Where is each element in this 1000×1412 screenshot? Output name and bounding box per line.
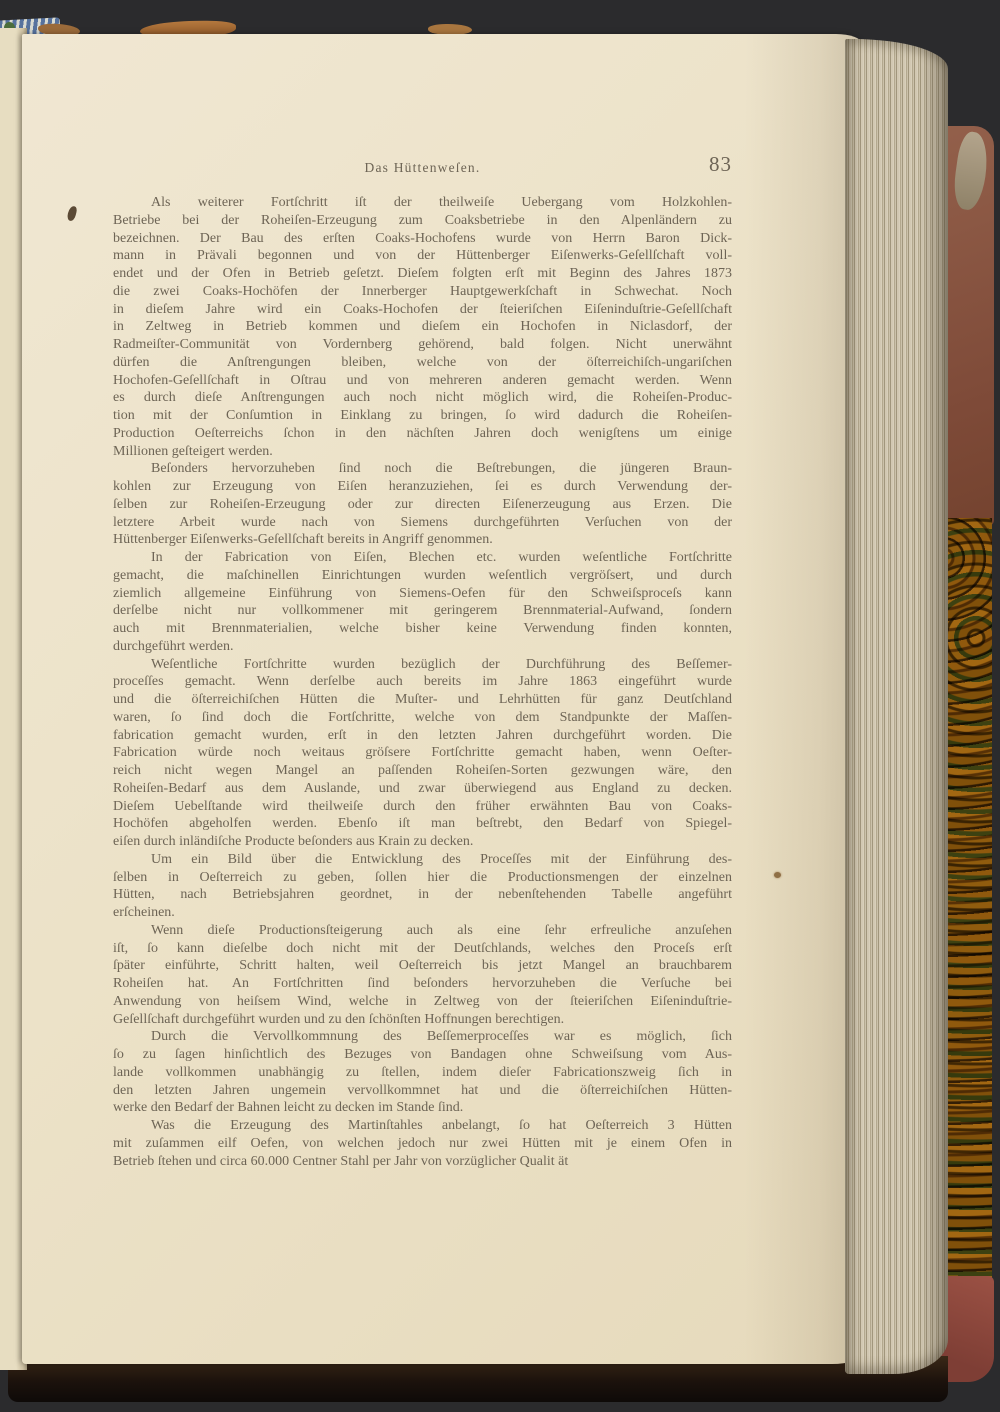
text-line: tion mit der Conſumtion in Einklang zu b… — [113, 407, 732, 425]
text-line: Um ein Bild über die Entwicklung des Pro… — [113, 851, 732, 869]
page-fore-edge-stack — [845, 39, 948, 1374]
text-line: derſelbe nicht nur vollkommener mit geri… — [113, 602, 732, 620]
text-line: Betriebe bei der Roheiſen-Erzeugung zum … — [113, 212, 732, 230]
text-line: ſelben in Oeſterreich zu geben, ſollen h… — [113, 869, 732, 887]
text-line: Beſonders hervorzuheben ſind noch die Be… — [113, 460, 732, 478]
text-line: fabrication gemacht wurden, erſt in den … — [113, 727, 732, 745]
text-line: In der Fabrication von Eiſen, Blechen et… — [113, 549, 732, 567]
text-line: Hüttenberger Eiſenwerks-Geſellſchaft ber… — [113, 531, 732, 549]
text-line: Roheiſen-Bedarf aus dem Auslande, und zw… — [113, 780, 732, 798]
text-line: Anwendung von heiſsem Wind, welche in Ze… — [113, 993, 732, 1011]
book-photo: Das Hüttenweſen. 83 Als weiterer Fortſch… — [0, 0, 1000, 1412]
text-line: Geſellſchaft durchgeführt wurden und zu … — [113, 1011, 732, 1029]
text-line: in dieſem Jahre wird ein Coaks-Hochofen … — [113, 301, 732, 319]
text-line: Fabrication würde noch weitaus gröſsere … — [113, 744, 732, 762]
text-line: den letzten Jahren ungemein vervollkommn… — [113, 1082, 732, 1100]
text-line: durchgeführt werden. — [113, 638, 732, 656]
text-line: in Zeltweg in Betrieb kommen und dieſem … — [113, 318, 732, 336]
paper-fleck — [66, 205, 77, 221]
text-line: endet und der Ofen in Betrieb geſetzt. D… — [113, 265, 732, 283]
text-line: Wenn dieſe Productionsſteigerung auch al… — [113, 922, 732, 940]
text-line: letztere Arbeit wurde nach von Siemens d… — [113, 514, 732, 532]
text-line: iſt, ſo kann dieſelbe doch nicht mit der… — [113, 940, 732, 958]
text-line: und die öſterreichiſchen Hütten die Muſt… — [113, 691, 732, 709]
text-line: ſo zu ſagen hinſichtlich des Bezuges von… — [113, 1046, 732, 1064]
text-line: waren, ſo ſind doch die Fortſchritte, we… — [113, 709, 732, 727]
book-page: Das Hüttenweſen. 83 Als weiterer Fortſch… — [22, 34, 862, 1364]
text-line: ſelben zur Roheiſen-Erzeugung oder zur d… — [113, 496, 732, 514]
text-line: die zwei Coaks-Hochöfen der Innerberger … — [113, 283, 732, 301]
running-title: Das Hüttenweſen. — [113, 160, 732, 176]
text-line: reich nicht wegen Mangel an paſſenden Ro… — [113, 762, 732, 780]
text-line: Was die Erzeugung des Martinſtahles anbe… — [113, 1117, 732, 1135]
text-line: Dieſem Uebelſtande wird theilweiſe durch… — [113, 798, 732, 816]
text-line: erſcheinen. — [113, 904, 732, 922]
text-line: kohlen zur Erzeugung von Eiſen heranzuzi… — [113, 478, 732, 496]
text-line: Hochöfen abgeholfen werden. Ebenſo iſt m… — [113, 815, 732, 833]
text-line: lande vollkommen unabhängig zu ſtellen, … — [113, 1064, 732, 1082]
text-line: auch mit Brennmaterialien, welche bisher… — [113, 620, 732, 638]
text-line: Hochofen-Geſellſchaft in Oſtrau und von … — [113, 372, 732, 390]
text-line: werke den Bedarf der Bahnen leicht zu de… — [113, 1099, 732, 1117]
page-number: 83 — [662, 152, 732, 177]
text-line: gemacht, die maſchinellen Einrichtungen … — [113, 567, 732, 585]
text-line: ſpäter einführte, Schritt halten, weil O… — [113, 957, 732, 975]
text-line: mit zuſammen eilf Oefen, von welchen jed… — [113, 1135, 732, 1153]
text-line: Durch die Vervollkommnung des Beſſemerpr… — [113, 1028, 732, 1046]
text-line: ziemlich allgemeine Einführung von Sieme… — [113, 585, 732, 603]
text-line: Production Oeſterreichs ſchon in den näc… — [113, 425, 732, 443]
worn-corner-chip — [951, 130, 992, 211]
text-line: dürfen die Anſtrengungen bleiben, welche… — [113, 354, 732, 372]
text-line: Millionen geſteigert werden. — [113, 443, 732, 461]
text-line: Radmeiſter-Communität von Vordernberg ge… — [113, 336, 732, 354]
text-line: es durch dieſe Anſtrengungen auch noch n… — [113, 389, 732, 407]
text-line: bezeichnen. Der Bau des erſten Coaks-Hoc… — [113, 230, 732, 248]
text-line: mann in Prävali begonnen und von der Hüt… — [113, 247, 732, 265]
text-line: Roheiſen hat. An Fortſchritten ſind beſo… — [113, 975, 732, 993]
text-line: Als weiterer Fortſchritt iſt der theilwe… — [113, 194, 732, 212]
foxing-spot — [774, 872, 781, 878]
text-line: Hütten, nach Betriebsjahren geordnet, in… — [113, 886, 732, 904]
text-line: Weſentliche Fortſchritte wurden bezüglic… — [113, 656, 732, 674]
text-line: eiſen durch inländiſche Producte beſonde… — [113, 833, 732, 851]
text-line: proceſſes gemacht. Wenn derſelbe auch be… — [113, 673, 732, 691]
page-text: Als weiterer Fortſchritt iſt der theilwe… — [113, 194, 732, 1170]
text-line: Betrieb ſtehen und circa 60.000 Centner … — [113, 1153, 732, 1171]
